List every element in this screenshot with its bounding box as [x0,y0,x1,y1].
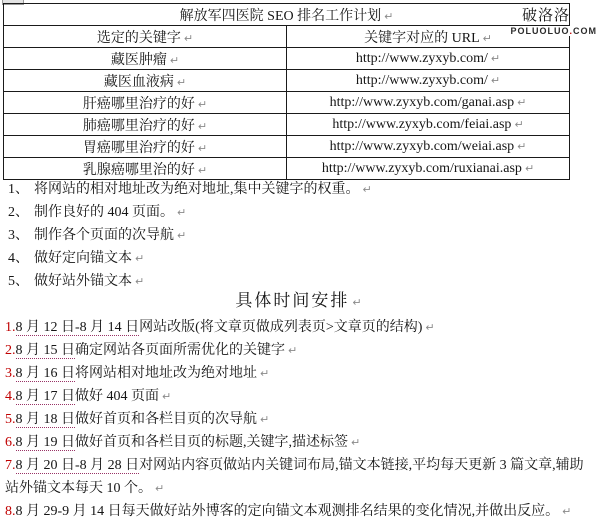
table-row: 肝癌哪里治疗的好↵ http://www.zyxyb.com/ganai.asp… [4,92,570,114]
document-page: 解放军四医院 SEO 排名工作计划↵ 选定的关键字↵ 关键字对应的 URL↵ 藏… [0,0,599,519]
watermark-en-left: POLUOLUO [510,26,569,36]
keyword-cell: 乳腺癌哪里治的好↵ [4,158,287,180]
paragraph-mark: ↵ [177,229,186,242]
task-text: 将网站的相对地址改为绝对地址,集中关键字的权重。 [34,182,360,197]
paragraph-mark: ↵ [483,32,492,45]
url-text: http://www.zyxyb.com/ruxianai.asp [322,161,522,176]
schedule-date: 8 月 29-9 月 14 日 [16,504,122,519]
schedule-date: 8 月 12 日-8 月 14 日 [16,320,140,336]
schedule-number: 8. [5,504,16,519]
task-list: 1、将网站的相对地址改为绝对地址,集中关键字的权重。↵ 2、制作良好的 404 … [8,178,593,293]
schedule-date: 8 月 15 日 [16,343,76,359]
task-number: 2、 [8,201,34,224]
table-row: 藏医血液病↵ http://www.zyxyb.com/↵ [4,70,570,92]
schedule-item: 6.8 月 19 日做好首页和各栏目页的标题,关键字,描述标签↵ [5,431,595,454]
task-text: 制作良好的 404 页面。 [34,205,174,220]
task-number: 1、 [8,178,34,201]
url-text: http://www.zyxyb.com/ganai.asp [330,95,515,110]
url-header: 关键字对应的 URL [364,31,480,46]
paragraph-mark: ↵ [517,140,526,153]
paragraph-mark: ↵ [288,344,297,357]
watermark-en-right: COM [573,26,597,36]
schedule-number: 5. [5,412,16,427]
schedule-number: 1. [5,320,16,335]
paragraph-mark: ↵ [425,321,434,334]
task-text: 做好定向锚文本 [34,251,132,266]
schedule-text: 将网站相对地址改为绝对地址 [75,366,257,381]
table-row: 乳腺癌哪里治的好↵ http://www.zyxyb.com/ruxianai.… [4,158,570,180]
url-cell: http://www.zyxyb.com/↵ [287,70,570,92]
schedule-text: 做好首页和各栏目页的标题,关键字,描述标签 [75,435,348,450]
url-text: http://www.zyxyb.com/weiai.asp [330,139,515,154]
schedule-number: 7. [5,458,16,473]
url-cell: http://www.zyxyb.com/feiai.asp↵ [287,114,570,136]
task-number: 4、 [8,247,34,270]
schedule-item: 8.8 月 29-9 月 14 日每天做好站外博客的定向锚文本观测排名结果的变化… [5,500,595,519]
task-text: 制作各个页面的次导航 [34,228,174,243]
url-cell: http://www.zyxyb.com/ruxianai.asp↵ [287,158,570,180]
task-item: 3、制作各个页面的次导航↵ [8,224,593,247]
schedule-text: 做好 404 页面 [75,389,159,404]
paragraph-mark: ↵ [351,436,360,449]
keyword-cell: 肝癌哪里治疗的好↵ [4,92,287,114]
schedule-date: 8 月 17 日 [16,389,76,405]
schedule-number: 3. [5,366,16,381]
keyword-cell: 藏医血液病↵ [4,70,287,92]
schedule-date: 8 月 18 日 [16,412,76,428]
table-header-row: 选定的关键字↵ 关键字对应的 URL↵ [4,26,570,48]
keyword-header: 选定的关键字 [97,31,181,46]
keyword-text: 乳腺癌哪里治的好 [83,163,195,178]
watermark-text-en: POLUOLUO.COM [509,26,598,36]
schedule-text: 做好首页和各栏目页的次导航 [75,412,257,427]
url-cell: http://www.zyxyb.com/weiai.asp↵ [287,136,570,158]
paragraph-mark: ↵ [352,296,363,309]
keyword-text: 藏医肿瘤 [111,53,167,68]
section-heading-text: 具体时间安排 [235,291,349,310]
table-title: 解放军四医院 SEO 排名工作计划 [180,9,381,24]
schedule-number: 4. [5,389,16,404]
paragraph-mark: ↵ [525,162,534,175]
schedule-date: 8 月 20 日-8 月 28 日 [16,458,140,474]
keyword-text: 肺癌哪里治疗的好 [83,119,195,134]
paragraph-mark: ↵ [198,98,207,111]
schedule-item: 2.8 月 15 日确定网站各页面所需优化的关键字↵ [5,339,595,362]
keyword-text: 肝癌哪里治疗的好 [83,97,195,112]
keyword-cell: 胃癌哪里治疗的好↵ [4,136,287,158]
url-text: http://www.zyxyb.com/feiai.asp [332,117,511,132]
paragraph-mark: ↵ [177,206,186,219]
paragraph-mark: ↵ [177,76,186,89]
task-item: 1、将网站的相对地址改为绝对地址,集中关键字的权重。↵ [8,178,593,201]
schedule-text: 每天做好站外博客的定向锚文本观测排名结果的变化情况,并做出反应。 [122,504,560,519]
url-text: http://www.zyxyb.com/ [356,51,488,66]
table-row: 肺癌哪里治疗的好↵ http://www.zyxyb.com/feiai.asp… [4,114,570,136]
schedule-text: 网站改版(将文章页做成列表页>文章页的结构) [139,320,422,335]
paragraph-mark: ↵ [170,54,179,67]
paragraph-mark: ↵ [184,32,193,45]
paragraph-mark: ↵ [260,413,269,426]
paragraph-mark: ↵ [491,52,500,65]
paragraph-mark: ↵ [162,390,171,403]
paragraph-mark: ↵ [260,367,269,380]
paragraph-mark: ↵ [384,10,393,23]
paragraph-mark: ↵ [198,120,207,133]
keyword-cell: 藏医肿瘤↵ [4,48,287,70]
keyword-text: 胃癌哪里治疗的好 [83,141,195,156]
paragraph-mark: ↵ [517,96,526,109]
table-row: 胃癌哪里治疗的好↵ http://www.zyxyb.com/weiai.asp… [4,136,570,158]
url-text: http://www.zyxyb.com/ [356,73,488,88]
task-item: 2、制作良好的 404 页面。↵ [8,201,593,224]
keyword-cell: 肺癌哪里治疗的好↵ [4,114,287,136]
schedule-item: 1.8 月 12 日-8 月 14 日网站改版(将文章页做成列表页>文章页的结构… [5,316,595,339]
paragraph-mark: ↵ [198,142,207,155]
watermark-text-cn: 破洛洛 [522,4,570,25]
task-number: 3、 [8,224,34,247]
paragraph-mark: ↵ [198,164,207,177]
table-row: 藏医肿瘤↵ http://www.zyxyb.com/↵ [4,48,570,70]
paragraph-mark: ↵ [514,118,523,131]
paragraph-mark: ↵ [135,252,144,265]
paragraph-mark: ↵ [363,183,372,196]
schedule-number: 6. [5,435,16,450]
schedule-item: 3.8 月 16 日将网站相对地址改为绝对地址↵ [5,362,595,385]
keyword-text: 藏医血液病 [104,75,174,90]
task-item: 4、做好定向锚文本↵ [8,247,593,270]
table-title-row: 解放军四医院 SEO 排名工作计划↵ [4,4,570,26]
url-cell: http://www.zyxyb.com/ganai.asp↵ [287,92,570,114]
schedule-date: 8 月 19 日 [16,435,76,451]
schedule-list: 1.8 月 12 日-8 月 14 日网站改版(将文章页做成列表页>文章页的结构… [5,316,595,519]
table-title-cell: 解放军四医院 SEO 排名工作计划↵ [4,4,570,26]
keyword-header-cell: 选定的关键字↵ [4,26,287,48]
schedule-number: 2. [5,343,16,358]
section-heading: 具体时间安排↵ [0,286,599,311]
url-cell: http://www.zyxyb.com/↵ [287,48,570,70]
schedule-date: 8 月 16 日 [16,366,76,382]
seo-plan-table: 解放军四医院 SEO 排名工作计划↵ 选定的关键字↵ 关键字对应的 URL↵ 藏… [3,3,570,180]
schedule-item: 4.8 月 17 日做好 404 页面↵ [5,385,595,408]
paragraph-mark: ↵ [155,482,164,495]
schedule-item: 5.8 月 18 日做好首页和各栏目页的次导航↵ [5,408,595,431]
schedule-item: 7.8 月 20 日-8 月 28 日对网站内容页做站内关键词布局,锚文本链接,… [5,454,595,500]
schedule-text: 确定网站各页面所需优化的关键字 [75,343,285,358]
paragraph-mark: ↵ [562,505,571,518]
paragraph-mark: ↵ [491,74,500,87]
